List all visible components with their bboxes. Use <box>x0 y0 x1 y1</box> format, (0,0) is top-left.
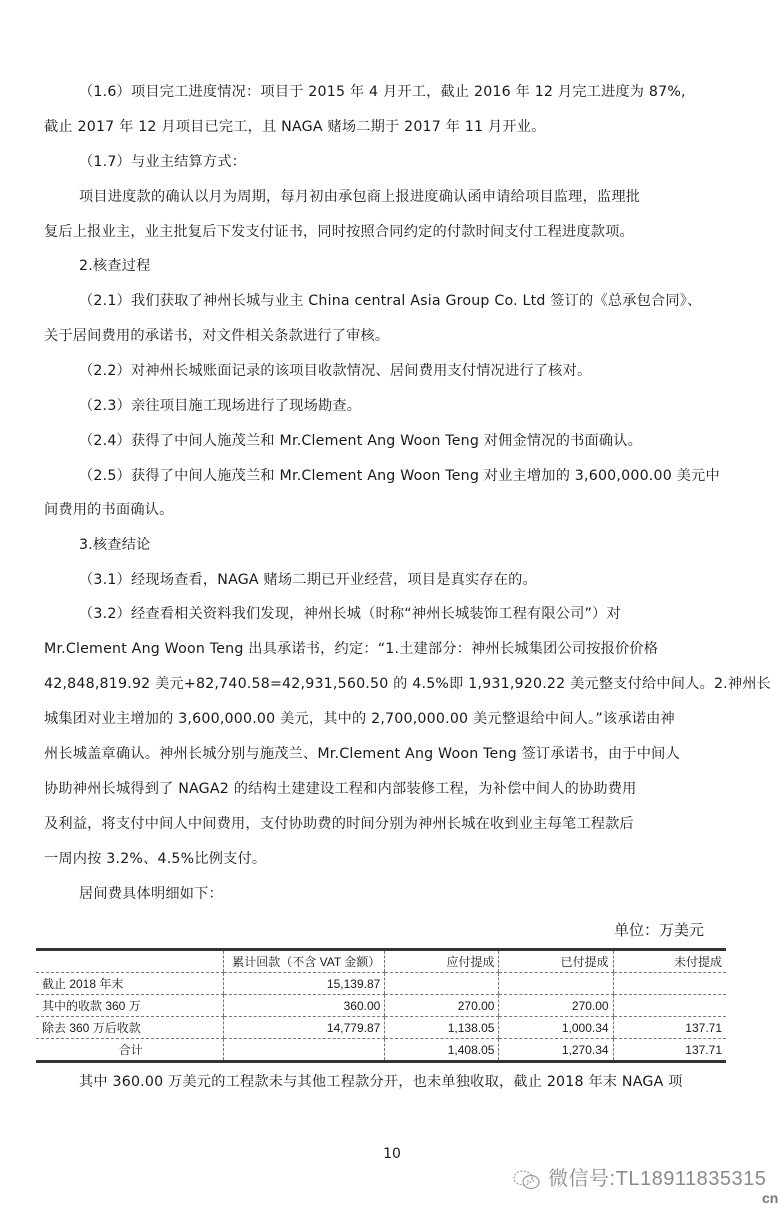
paragraph-line: （2.3）亲往项目施工现场进行了现场勘查。 <box>79 396 759 416</box>
header-cell: 应付提成 <box>385 950 499 973</box>
paragraph-line: 项目进度款的确认以月为周期，每月初由承包商上报进度确认函申请给项目监理，监理批 <box>79 187 759 207</box>
paragraph-line: 一周内按 3.2%、4.5%比例支付。 <box>44 849 724 869</box>
payable-cell: 1,408.05 <box>385 1039 499 1062</box>
header-cell <box>36 950 224 973</box>
paragraph-line: 截止 2017 年 12 月项目已完工，且 NAGA 赌场二期于 2017 年 … <box>44 117 724 137</box>
table-total-row: 合计 1,408.05 1,270.34 137.71 <box>36 1039 726 1062</box>
table-row: 除去 360 万后收款 14,779.87 1,138.05 1,000.34 … <box>36 1017 726 1039</box>
wechat-icon <box>512 1169 542 1191</box>
row-label: 其中的收款 360 万 <box>36 995 224 1017</box>
paragraph-line: 2.核查过程 <box>79 256 759 276</box>
unpaid-cell: 137.71 <box>613 1017 726 1039</box>
paragraph-line: Mr.Clement Ang Woon Teng 出具承诺书，约定：“1.土建部… <box>44 639 724 659</box>
unpaid-cell <box>613 995 726 1017</box>
table-row: 其中的收款 360 万 360.00 270.00 270.00 <box>36 995 726 1017</box>
header-cell: 未付提成 <box>613 950 726 973</box>
paragraph-line: 复后上报业主，业主批复后下发支付证书，同时按照合同约定的付款时间支付工程进度款项… <box>44 222 724 242</box>
row-label: 除去 360 万后收款 <box>36 1017 224 1039</box>
header-cell: 已付提成 <box>499 950 613 973</box>
paragraph-line: 居间费具体明细如下： <box>79 884 759 904</box>
corner-watermark: cn <box>762 1190 778 1206</box>
paragraph-line: （2.4）获得了中间人施茂兰和 Mr.Clement Ang Woon Teng… <box>79 431 759 451</box>
cumulative-cell: 360.00 <box>224 995 385 1017</box>
paragraph-line: 城集团对业主增加的 3,600,000.00 美元，其中的 2,700,000.… <box>44 709 724 729</box>
paragraph-line: 州长城盖章确认。神州长城分别与施茂兰、Mr.Clement Ang Woon T… <box>44 744 724 764</box>
payable-cell <box>385 973 499 995</box>
paragraph-line: （3.1）经现场查看，NAGA 赌场二期已开业经营，项目是真实存在的。 <box>79 570 759 590</box>
table-unit-label: 单位：万美元 <box>614 919 704 940</box>
row-label: 合计 <box>36 1039 224 1062</box>
paragraph-line: （3.2）经查看相关资料我们发现，神州长城（时称“神州长城装饰工程有限公司”）对 <box>79 604 759 624</box>
table-header-row: 累计回款（不含 VAT 金额） 应付提成 已付提成 未付提成 <box>36 950 726 973</box>
paid-cell: 1,000.34 <box>499 1017 613 1039</box>
paid-cell: 1,270.34 <box>499 1039 613 1062</box>
payable-cell: 1,138.05 <box>385 1017 499 1039</box>
table-row: 截止 2018 年末 15,139.87 <box>36 973 726 995</box>
paid-cell <box>499 973 613 995</box>
paid-cell: 270.00 <box>499 995 613 1017</box>
document-page: （1.6）项目完工进度情况：项目于 2015 年 4 月开工，截止 2016 年… <box>0 0 784 1209</box>
paragraph-line: （1.6）项目完工进度情况：项目于 2015 年 4 月开工，截止 2016 年… <box>79 82 759 102</box>
cumulative-cell: 14,779.87 <box>224 1017 385 1039</box>
unpaid-cell <box>613 973 726 995</box>
paragraph-line: （1.7）与业主结算方式： <box>79 152 759 172</box>
row-label: 截止 2018 年末 <box>36 973 224 995</box>
paragraph-line: （2.5）获得了中间人施茂兰和 Mr.Clement Ang Woon Teng… <box>79 466 759 486</box>
paragraph-line: 其中 360.00 万美元的工程款未与其他工程款分开，也未单独收取，截止 201… <box>79 1072 759 1092</box>
unpaid-cell: 137.71 <box>613 1039 726 1062</box>
payable-cell: 270.00 <box>385 995 499 1017</box>
wechat-watermark: 微信号:TL18911835315 <box>512 1162 766 1191</box>
paragraph-line: 3.核查结论 <box>79 535 759 555</box>
paragraph-line: 42,848,819.92 美元+82,740.58=42,931,560.50… <box>44 674 724 694</box>
commission-detail-table: 累计回款（不含 VAT 金额） 应付提成 已付提成 未付提成 截止 2018 年… <box>36 948 726 1063</box>
header-cell: 累计回款（不含 VAT 金额） <box>224 950 385 973</box>
paragraph-line: （2.1）我们获取了神州长城与业主 China central Asia Gro… <box>79 291 759 311</box>
paragraph-line: 关于居间费用的承诺书，对文件相关条款进行了审核。 <box>44 326 724 346</box>
watermark-text: 微信号:TL18911835315 <box>548 1168 766 1190</box>
cumulative-cell: 15,139.87 <box>224 973 385 995</box>
paragraph-line: 及利益，将支付中间人中间费用，支付协助费的时间分别为神州长城在收到业主每笔工程款… <box>44 814 724 834</box>
paragraph-line: （2.2）对神州长城账面记录的该项目收款情况、居间费用支付情况进行了核对。 <box>79 361 759 381</box>
page-number: 10 <box>0 1146 784 1162</box>
cumulative-cell <box>224 1039 385 1062</box>
paragraph-line: 间费用的书面确认。 <box>44 500 724 520</box>
paragraph-line: 协助神州长城得到了 NAGA2 的结构土建建设工程和内部装修工程，为补偿中间人的… <box>44 779 724 799</box>
